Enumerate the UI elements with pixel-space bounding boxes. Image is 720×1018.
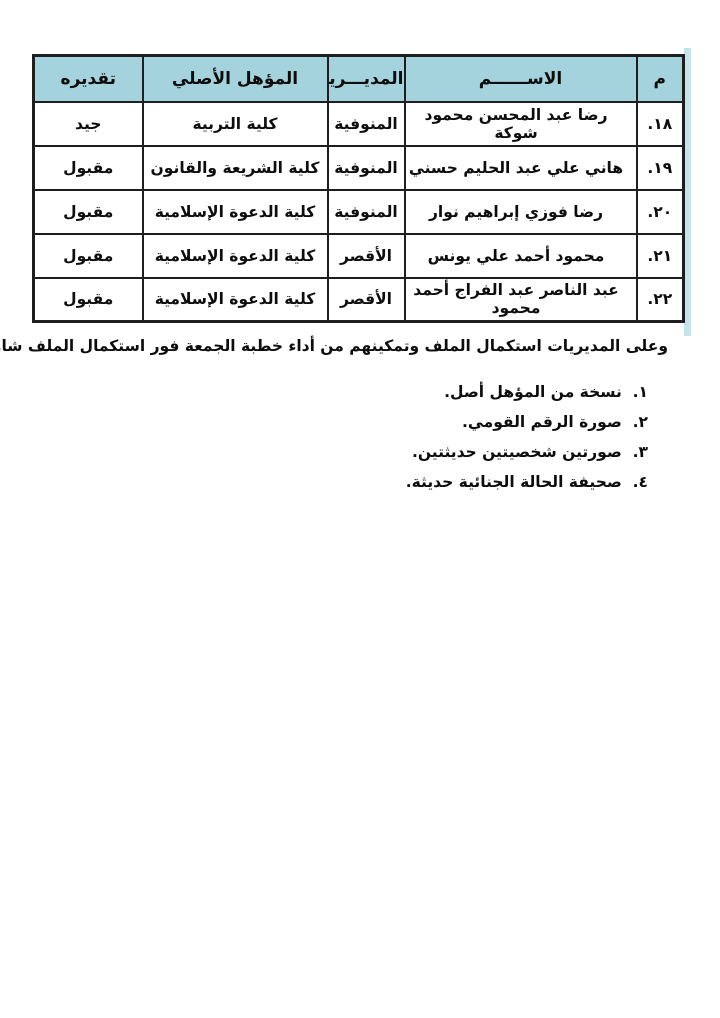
row-number: ٢١. [637,234,684,278]
list-item: ٤. صحيفة الحالة الجنائية حديثة. [406,467,648,497]
applicant-name: عبد الناصر عبد الفراج أحمد محمود [405,278,637,322]
table-row: ١٨. رضا عبد المحسن محمود شوكة المنوفية ك… [34,102,684,146]
required-documents-list: ١. نسخة من المؤهل أصل. ٢. صورة الرقم الق… [406,377,648,497]
column-header-qualification: المؤهل الأصلي [143,56,328,102]
column-header-grade: تقديره [34,56,143,102]
list-item: ١. نسخة من المؤهل أصل. [406,377,648,407]
row-number: ٢٠. [637,190,684,234]
directorate: الأقصر [328,234,405,278]
qualification: كلية الدعوة الإسلامية [143,234,328,278]
grade: مقبول [34,278,143,322]
table-row: ٢١. محمود أحمد علي يونس الأقصر كلية الدع… [34,234,684,278]
column-header-number: م [637,56,684,102]
qualification: كلية الشريعة والقانون [143,146,328,190]
list-item: ٣. صورتين شخصيتين حديثتين. [406,437,648,467]
grade: مقبول [34,190,143,234]
list-item: ٢. صورة الرقم القومي. [406,407,648,437]
applicants-table: م الاســــــم المديـــرية المؤهل الأصلي … [32,54,685,323]
row-number: ١٨. [637,102,684,146]
qualification: كلية الدعوة الإسلامية [143,278,328,322]
grade: جيد [34,102,143,146]
column-header-directorate: المديـــرية [328,56,405,102]
applicant-name: رضا فوزي إبراهيم نوار [405,190,637,234]
grade: مقبول [34,234,143,278]
row-number: ٢٢. [637,278,684,322]
applicant-name: محمود أحمد علي يونس [405,234,637,278]
document-page: م الاســــــم المديـــرية المؤهل الأصلي … [0,0,720,1018]
scan-artifact-strip [684,48,691,336]
table-row: ٢٢. عبد الناصر عبد الفراج أحمد محمود الأ… [34,278,684,322]
table-row: ١٩. هاني علي عبد الحليم حسني المنوفية كل… [34,146,684,190]
applicant-name: رضا عبد المحسن محمود شوكة [405,102,637,146]
table-row: ٢٠. رضا فوزي إبراهيم نوار المنوفية كلية … [34,190,684,234]
column-header-name: الاســــــم [405,56,637,102]
table-header: م الاســــــم المديـــرية المؤهل الأصلي … [34,56,684,102]
directorate: المنوفية [328,190,405,234]
grade: مقبول [34,146,143,190]
qualification: كلية الدعوة الإسلامية [143,190,328,234]
header-row: م الاســــــم المديـــرية المؤهل الأصلي … [34,56,684,102]
directorate: المنوفية [328,102,405,146]
instruction-paragraph: وعلى المديريات استكمال الملف وتمكينهم من… [0,337,668,355]
table-body: ١٨. رضا عبد المحسن محمود شوكة المنوفية ك… [34,102,684,322]
directorate: المنوفية [328,146,405,190]
directorate: الأقصر [328,278,405,322]
row-number: ١٩. [637,146,684,190]
qualification: كلية التربية [143,102,328,146]
applicant-name: هاني علي عبد الحليم حسني [405,146,637,190]
